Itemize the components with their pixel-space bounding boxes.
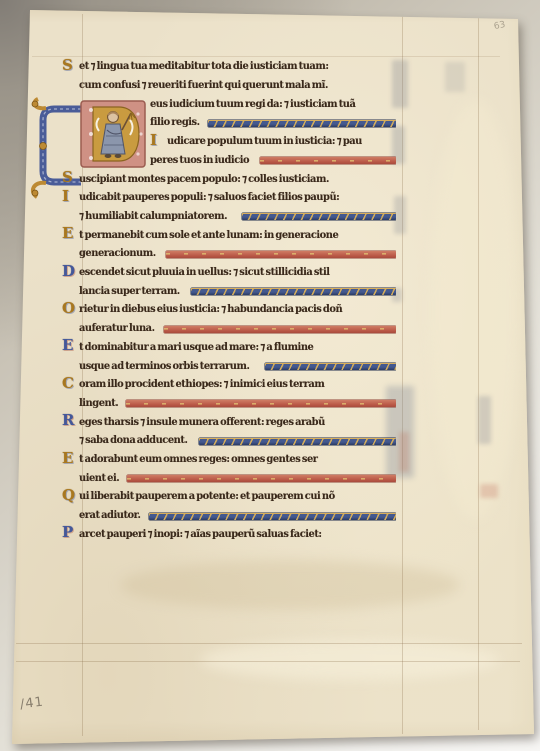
offset-stain bbox=[480, 484, 498, 498]
versal-initial: R bbox=[62, 413, 79, 428]
line-filler-blue bbox=[149, 513, 396, 520]
line-text: oram illo procident ethiopes: ⁊ inimici … bbox=[79, 378, 324, 390]
versal-initial: O bbox=[62, 301, 79, 316]
line-filler-blue bbox=[265, 363, 396, 370]
offset-stain bbox=[399, 432, 409, 472]
text-line: Et dominabitur a mari usque ad mare: ⁊ a… bbox=[62, 338, 396, 357]
text-line: Et adorabunt eum omnes reges: omnes gent… bbox=[62, 450, 396, 469]
line-filler-blue bbox=[208, 120, 396, 127]
line-filler-red bbox=[164, 326, 396, 333]
pencil-leaf-number: /41 bbox=[19, 695, 45, 713]
text-line: uient ei. bbox=[62, 468, 396, 487]
text-line: Suscipiant montes pacem populo: ⁊ colles… bbox=[62, 169, 396, 188]
text-line: Coram illo procident ethiopes: ⁊ inimici… bbox=[62, 375, 396, 394]
pencil-folio-number: 63 bbox=[493, 20, 506, 32]
versal-initial: S bbox=[62, 58, 79, 73]
parchment-wrinkle bbox=[200, 640, 500, 680]
text-line: filio regis. bbox=[150, 113, 396, 132]
text-line: cum confusi ⁊ reueriti fuerint qui queru… bbox=[62, 76, 396, 95]
text-line: lingent. bbox=[62, 394, 396, 413]
text-line: auferatur luna. bbox=[62, 319, 396, 338]
versal-initial: C bbox=[62, 376, 79, 391]
text-line: Iudicare populum tuum in iusticia: ⁊ pau bbox=[150, 132, 396, 151]
versal-initial: Q bbox=[62, 488, 79, 503]
line-text: usque ad terminos orbis terrarum. bbox=[79, 360, 249, 372]
line-text: ui liberabit pauperem a potente: et paup… bbox=[79, 490, 335, 502]
line-filler-blue bbox=[242, 213, 396, 220]
line-text: eus iudicium tuum regi da: ⁊ iusticiam t… bbox=[150, 98, 355, 110]
line-text: peres tuos in iudicio bbox=[150, 154, 249, 166]
offset-stain bbox=[445, 62, 465, 92]
line-text: cum confusi ⁊ reueriti fuerint qui queru… bbox=[79, 79, 328, 91]
text-line: lancia super terram. bbox=[62, 281, 396, 300]
text-line: Iudicabit pauperes populi: ⁊ saluos faci… bbox=[62, 188, 396, 207]
text-line: Qui liberabit pauperem a potente: et pau… bbox=[62, 487, 396, 506]
versal-initial: S bbox=[62, 170, 79, 185]
text-line: eus iudicium tuum regi da: ⁊ iusticiam t… bbox=[150, 94, 396, 113]
line-text: rietur in diebus eius iusticia: ⁊ habund… bbox=[79, 303, 342, 315]
line-text: auferatur luna. bbox=[79, 322, 155, 334]
line-text: eges tharsis ⁊ insule munera offerent: r… bbox=[79, 416, 325, 428]
line-text: filio regis. bbox=[150, 116, 200, 128]
line-text: erat adiutor. bbox=[79, 509, 140, 521]
parchment-leaf: Set ⁊ lingua tua meditabitur tota die iu… bbox=[0, 0, 540, 751]
parchment-wrinkle bbox=[120, 560, 460, 610]
historiated-initial-d bbox=[80, 100, 146, 168]
line-filler-red bbox=[260, 157, 396, 164]
versal-initial: E bbox=[62, 226, 79, 241]
versal-initial: I bbox=[62, 189, 79, 204]
line-filler-blue bbox=[199, 438, 396, 445]
text-line: erat adiutor. bbox=[62, 506, 396, 525]
versal-initial: P bbox=[62, 525, 79, 540]
text-line: Descendet sicut pluuia in uellus: ⁊ sicu… bbox=[62, 263, 396, 282]
line-text: generacionum. bbox=[79, 247, 156, 259]
line-text: udicabit pauperes populi: ⁊ saluos facie… bbox=[79, 191, 339, 203]
text-line: generacionum. bbox=[62, 244, 396, 263]
line-text: lancia super terram. bbox=[79, 285, 180, 297]
text-line: Parcet pauperi ⁊ inopi: ⁊ aĩas pauperũ s… bbox=[62, 525, 396, 544]
ruling-line-vertical-right bbox=[402, 16, 403, 734]
line-filler-red bbox=[166, 251, 396, 258]
text-line: Et permanebit cum sole et ante lunam: in… bbox=[62, 225, 396, 244]
versal-initial: D bbox=[62, 264, 79, 279]
text-line: Reges tharsis ⁊ insule munera offerent: … bbox=[62, 412, 396, 431]
line-filler-red bbox=[127, 475, 396, 482]
line-text: et ⁊ lingua tua meditabitur tota die ius… bbox=[79, 60, 329, 72]
line-text: uscipiant montes pacem populo: ⁊ colles … bbox=[79, 173, 329, 185]
text-line: Set ⁊ lingua tua meditabitur tota die iu… bbox=[62, 57, 396, 76]
line-text: t dominabitur a mari usque ad mare: ⁊ a … bbox=[79, 341, 313, 353]
line-text: ⁊ saba dona adducent. bbox=[79, 434, 187, 446]
text-line: ⁊ humiliabit calumpniatorem. bbox=[62, 207, 396, 226]
line-text: udicare populum tuum in iusticia: ⁊ pau bbox=[167, 135, 362, 147]
line-text: arcet pauperi ⁊ inopi: ⁊ aĩas pauperũ sa… bbox=[79, 528, 322, 540]
offset-stain bbox=[478, 396, 491, 444]
versal-initial: I bbox=[150, 133, 167, 148]
versal-initial: E bbox=[62, 451, 79, 466]
ruling-line-bottom-1 bbox=[16, 643, 522, 644]
manuscript-photo: Set ⁊ lingua tua meditabitur tota die iu… bbox=[0, 0, 540, 751]
text-line: ⁊ saba dona adducent. bbox=[62, 431, 396, 450]
parchment-wrinkle bbox=[430, 100, 520, 520]
versal-initial: E bbox=[62, 338, 79, 353]
line-text: t adorabunt eum omnes reges: omnes gente… bbox=[79, 453, 318, 465]
line-text: t permanebit cum sole et ante lunam: in … bbox=[79, 229, 338, 241]
line-text: escendet sicut pluuia in uellus: ⁊ sicut… bbox=[79, 266, 330, 278]
text-line: Orietur in diebus eius iusticia: ⁊ habun… bbox=[62, 300, 396, 319]
line-filler-blue bbox=[191, 288, 396, 295]
line-text: ⁊ humiliabit calumpniatorem. bbox=[79, 210, 227, 222]
ruling-line-vertical-far-right bbox=[478, 18, 479, 730]
text-line: usque ad terminos orbis terrarum. bbox=[62, 356, 396, 375]
line-text: lingent. bbox=[79, 397, 118, 409]
ruling-line-bottom-2 bbox=[16, 661, 520, 662]
line-text: uient ei. bbox=[79, 472, 119, 484]
line-filler-red bbox=[126, 400, 396, 407]
text-line: peres tuos in iudicio bbox=[150, 151, 396, 170]
